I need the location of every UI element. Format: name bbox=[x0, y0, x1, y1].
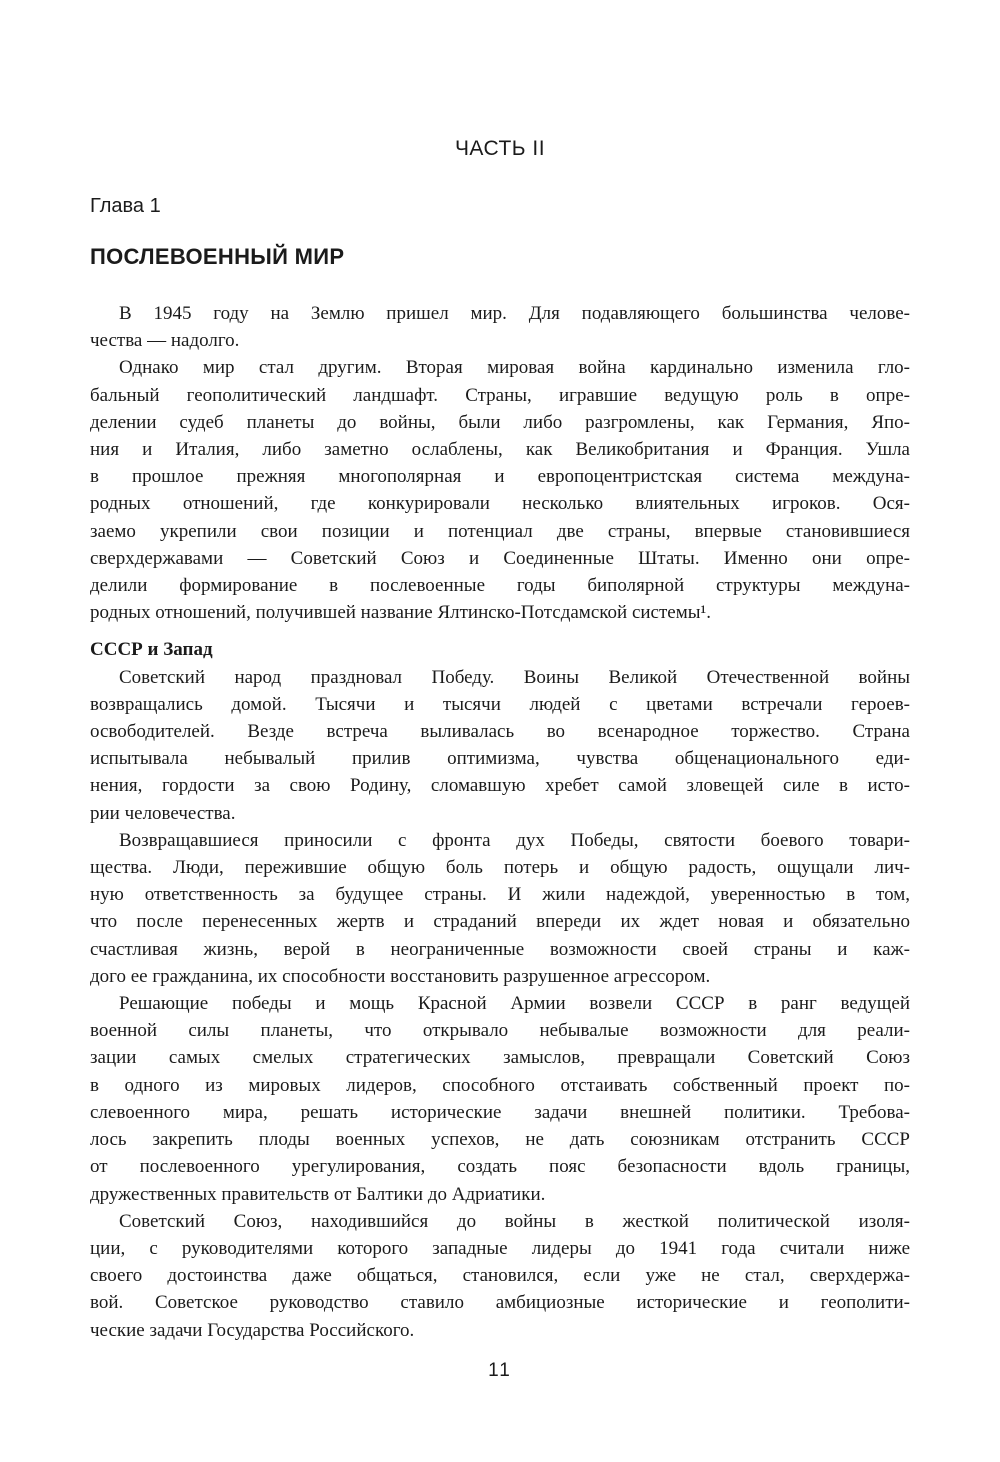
text-line: Однако мир стал другим. Вторая мировая в… bbox=[90, 354, 910, 381]
book-page: ЧАСТЬ II Глава 1 ПОСЛЕВОЕННЫЙ МИР В 1945… bbox=[0, 0, 1000, 1462]
paragraph: Решающие победы и мощь Красной Армии воз… bbox=[90, 990, 910, 1208]
text-line: бальный геополитический ландшафт. Страны… bbox=[90, 382, 910, 409]
text-line: родных отношений, где конкурировали неск… bbox=[90, 490, 910, 517]
text-line: слевоенного мира, решать исторические за… bbox=[90, 1099, 910, 1126]
section-heading: СССР и Запад bbox=[90, 636, 910, 663]
chapter-title: ПОСЛЕВОЕННЫЙ МИР bbox=[90, 245, 910, 269]
paragraph: Советский Союз, находившийся до войны в … bbox=[90, 1208, 910, 1344]
text-line: что после перенесенных жертв и страданий… bbox=[90, 908, 910, 935]
text-line: ческие задачи Государства Российского. bbox=[90, 1317, 910, 1344]
text-line: в прошлое прежняя многополярная и европо… bbox=[90, 463, 910, 490]
text-line: родных отношений, получившей название Ял… bbox=[90, 599, 910, 626]
paragraph: Возвращавшиеся приносили с фронта дух По… bbox=[90, 827, 910, 990]
text-line: Советский народ праздновал Победу. Воины… bbox=[90, 664, 910, 691]
text-line: В 1945 году на Землю пришел мир. Для под… bbox=[90, 300, 910, 327]
text-line: щества. Люди, пережившие общую боль поте… bbox=[90, 854, 910, 881]
part-title: ЧАСТЬ II bbox=[90, 138, 910, 160]
text-line: военной силы планеты, что открывало небы… bbox=[90, 1017, 910, 1044]
paragraph: Однако мир стал другим. Вторая мировая в… bbox=[90, 354, 910, 626]
text-line: лось закрепить плоды военных успехов, не… bbox=[90, 1126, 910, 1153]
text-line: чества — надолго. bbox=[90, 327, 910, 354]
text-line: ную ответственность за будущее страны. И… bbox=[90, 881, 910, 908]
text-line: дого ее гражданина, их способности восст… bbox=[90, 963, 910, 990]
text-line: испытывала небывалый прилив оптимизма, ч… bbox=[90, 745, 910, 772]
text-line: делили формирование в послевоенные годы … bbox=[90, 572, 910, 599]
text-line: своего достоинства даже общаться, станов… bbox=[90, 1262, 910, 1289]
text-line: дружественных правительств от Балтики до… bbox=[90, 1181, 910, 1208]
text-line: вой. Советское руководство ставило амбиц… bbox=[90, 1289, 910, 1316]
page-number: 11 bbox=[0, 1360, 1000, 1382]
text-line: Возвращавшиеся приносили с фронта дух По… bbox=[90, 827, 910, 854]
text-line: счастливая жизнь, верой в неограниченные… bbox=[90, 936, 910, 963]
text-line: ния и Италия, либо заметно ослаблены, ка… bbox=[90, 436, 910, 463]
text-line: в одного из мировых лидеров, способного … bbox=[90, 1072, 910, 1099]
text-line: рии человечества. bbox=[90, 800, 910, 827]
text-line: Советский Союз, находившийся до войны в … bbox=[90, 1208, 910, 1235]
text-line: сверхдержавами — Советский Союз и Соедин… bbox=[90, 545, 910, 572]
text-line: нения, гордости за свою Родину, сломавшу… bbox=[90, 772, 910, 799]
paragraph: В 1945 году на Землю пришел мир. Для под… bbox=[90, 300, 910, 354]
text-line: делении судеб планеты до войны, были либ… bbox=[90, 409, 910, 436]
body-text: В 1945 году на Землю пришел мир. Для под… bbox=[90, 300, 910, 1344]
text-line: от послевоенного урегулирования, создать… bbox=[90, 1153, 910, 1180]
paragraph: Советский народ праздновал Победу. Воины… bbox=[90, 664, 910, 827]
text-line: ции, с руководителями которого западные … bbox=[90, 1235, 910, 1262]
text-line: Решающие победы и мощь Красной Армии воз… bbox=[90, 990, 910, 1017]
text-line: освободителей. Везде встреча выливалась … bbox=[90, 718, 910, 745]
text-line: возвращались домой. Тысячи и тысячи люде… bbox=[90, 691, 910, 718]
text-line: заемо укрепили свои позиции и потенциал … bbox=[90, 518, 910, 545]
text-line: зации самых смелых стратегических замысл… bbox=[90, 1044, 910, 1071]
chapter-label: Глава 1 bbox=[90, 195, 910, 217]
